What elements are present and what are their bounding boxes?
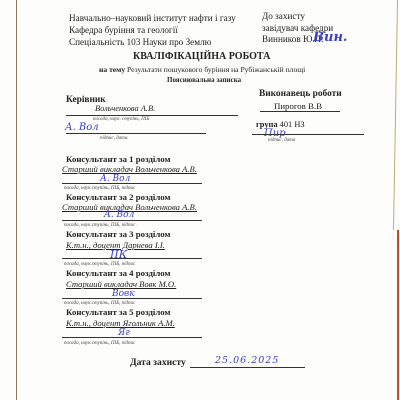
document-subtitle: Пояснювальна записка xyxy=(167,77,241,84)
defense-date-line xyxy=(190,367,305,368)
author-name-line xyxy=(260,111,340,112)
supervisor-signature-line xyxy=(66,133,206,134)
consultant-3-caption: посада, наук.ступінь, ПІБ, підпис xyxy=(64,262,135,267)
consultant-5-caption: посада, наук.ступінь, ПІБ, підпис xyxy=(64,341,135,346)
head-signature: Вин. xyxy=(313,30,347,45)
topic-label: на тему xyxy=(99,65,125,74)
consultant-1-label: Консультант за 1 розділом xyxy=(66,155,171,164)
consultant-4-label: Консультант за 4 розділом xyxy=(66,269,171,278)
consultant-4-name: Старший викладач Вовк М.О. xyxy=(66,280,176,289)
page-right-edge-red xyxy=(397,230,399,400)
specialty-name: Спеціальність 103 Науки про Землю xyxy=(69,38,212,47)
author-name: Пирогов В.В xyxy=(274,102,322,111)
consultant-2-label: Консультант за 2 розділом xyxy=(66,193,171,202)
page-right-edge xyxy=(393,0,398,230)
supervisor-signature-caption: підпис, дата. xyxy=(100,136,129,141)
consultant-2-line xyxy=(62,220,202,221)
consultant-3-line xyxy=(62,258,202,259)
consultant-1-line xyxy=(62,183,202,184)
supervisor-name-line xyxy=(66,115,238,116)
defense-date-value: 25.06.2025 xyxy=(215,355,279,366)
defense-date-label: Дата захисту xyxy=(130,358,186,368)
consultant-5-label: Консультант за 5 розділом xyxy=(66,308,171,317)
consultant-5-line xyxy=(62,337,202,338)
author-label: Виконавець роботи xyxy=(259,90,342,99)
document-title: КВАЛІФІКАЦІЙНА РОБОТА xyxy=(133,52,270,62)
consultant-1-caption: посада, наук.ступінь, ПІБ, підпис xyxy=(64,186,135,191)
author-signature-line xyxy=(252,134,364,135)
topic-line: на тему Результати пошукового буріння на… xyxy=(99,66,305,74)
supervisor-signature: А. Вол xyxy=(65,122,99,133)
consultant-3-signature: ІІК xyxy=(110,248,127,261)
department-name: Кафедра буріння та геології xyxy=(69,26,178,35)
document-page: Навчально–науковий інститут нафти і газу… xyxy=(0,0,400,400)
consultant-5-name: К.т.н., доцент Ягольник А.М. xyxy=(66,319,175,328)
topic-text: Результати пошукового буріння на Рубіжан… xyxy=(127,65,305,74)
supervisor-position-caption: посада, наук. ступінь, ПІБ xyxy=(93,117,149,122)
approval-label: До захисту xyxy=(262,12,305,21)
consultant-1-name: Старший викладач Вольченкова А.В. xyxy=(62,165,197,174)
consultant-2-signature: А. Вол xyxy=(104,210,134,220)
consultant-2-caption: посада, наук.ступінь, ПІБ, підпис . xyxy=(64,223,138,228)
consultant-3-label: Консультант за 3 розділом xyxy=(66,230,171,239)
consultant-4-caption: посада, наук.ступінь, ПІБ, підпис xyxy=(64,301,135,306)
consultant-4-line xyxy=(62,298,202,299)
institute-name: Навчально–науковий інститут нафти і газу xyxy=(69,14,236,23)
page-left-border xyxy=(16,0,17,400)
supervisor-name: Вольченкова А.В. xyxy=(95,105,155,113)
author-signature-caption: підпис, дата xyxy=(268,138,295,143)
